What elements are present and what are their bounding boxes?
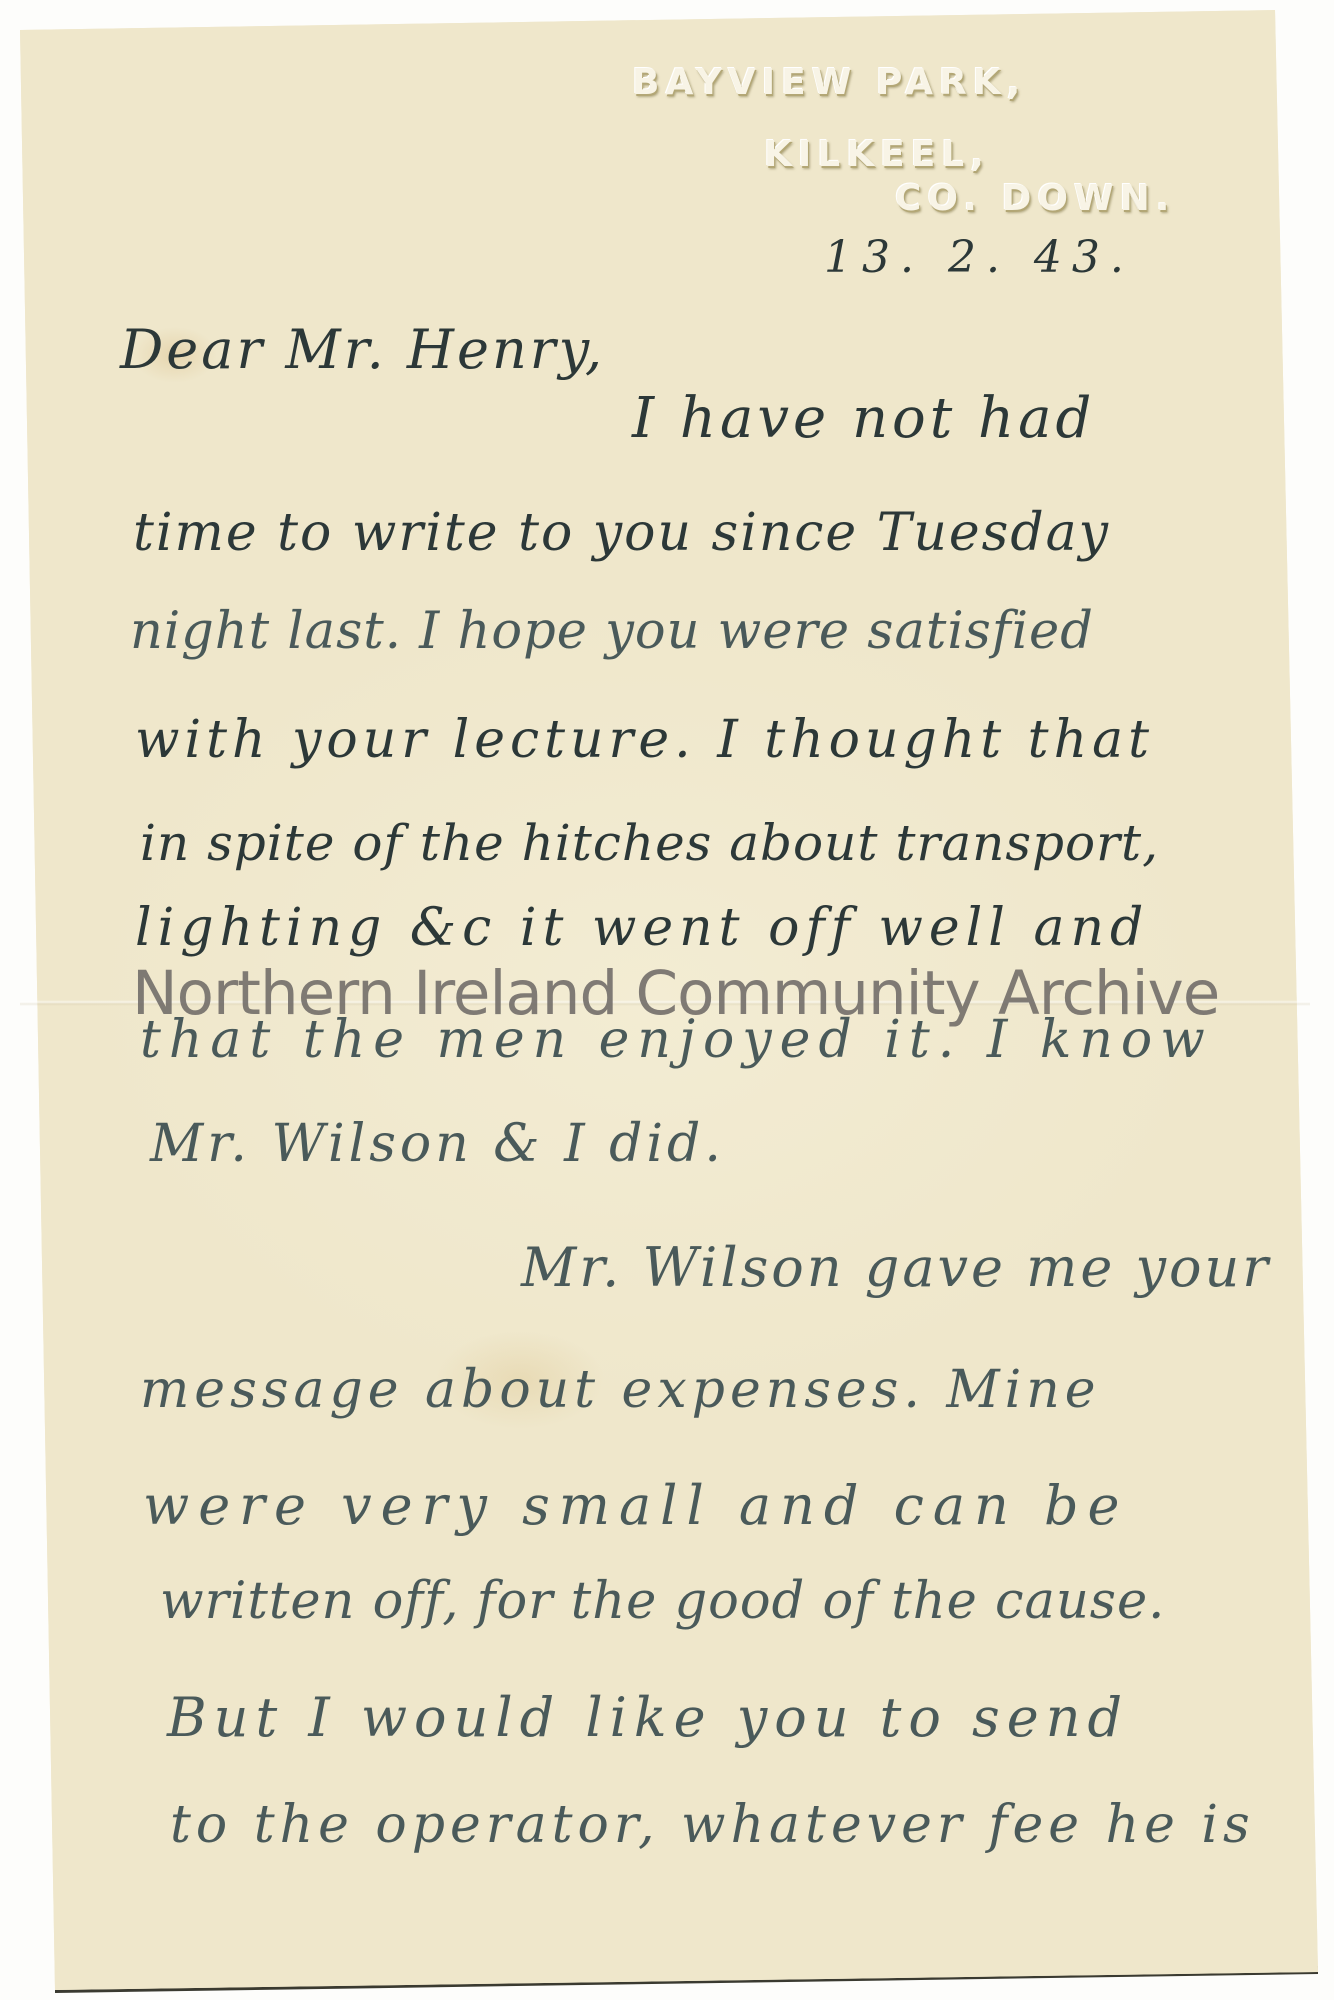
body-line-3: night last. I hope you were satisfied [130,602,1094,661]
body-line-8: Mr. Wilson & I did. [150,1114,725,1174]
letterhead-county: CO. DOWN. [895,178,1175,219]
body-line-5: in spite of the hitches about transport, [140,814,1159,872]
body-line-2: time to write to you since Tuesday [133,503,1110,563]
salutation: Dear Mr. Henry, [120,318,605,381]
body-line-1: I have not had [632,386,1095,451]
body-line-4: with your lecture. I thought that [135,710,1154,770]
letter-date: 13. 2. 43. [824,232,1134,283]
body-line-13: But I would like you to send [167,1686,1129,1749]
body-line-9: Mr. Wilson gave me your [521,1236,1271,1299]
body-line-14: to the operator, whatever fee he is [170,1795,1255,1855]
body-line-11: were very small and can be [143,1474,1129,1537]
body-line-10: message about expenses. Mine [140,1360,1101,1420]
body-line-6: lighting &c it went off well and [135,898,1149,958]
letterhead-town: KILKEEL, [764,134,990,175]
letterhead-street: BAYVIEW PARK, [632,62,1026,103]
body-line-12: written off, for the good of the cause. [160,1572,1165,1631]
archive-watermark: Northern Ireland Community Archive [132,958,1219,1029]
